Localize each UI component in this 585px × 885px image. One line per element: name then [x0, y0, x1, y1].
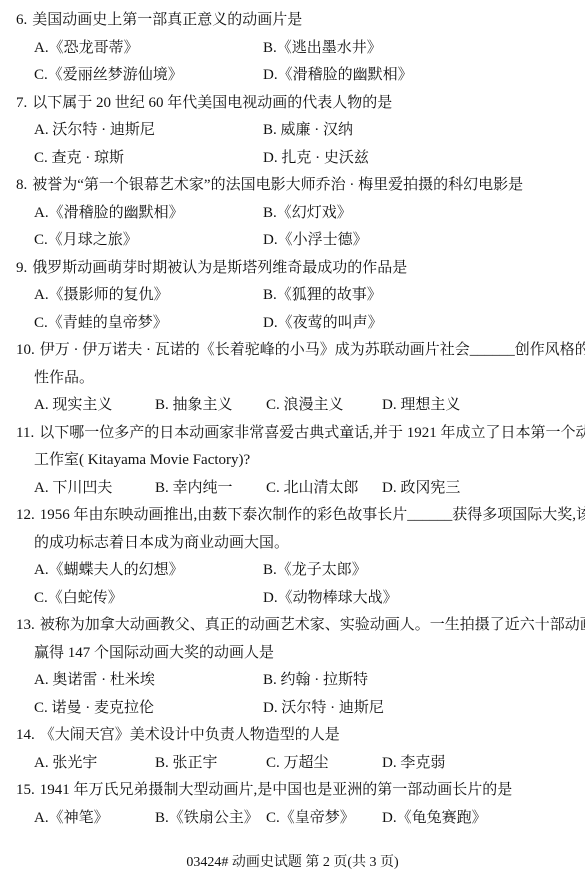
question-9-option-a: A.《摄影师的复仇》 [34, 282, 263, 310]
question-12: 12.1956 年由东映动画推出,由薮下泰次制作的彩色故事长片______获得多… [16, 502, 571, 612]
question-6-option-d: D.《滑稽脸的幽默相》 [263, 62, 571, 90]
question-10-option-a: A. 现实主义 [34, 392, 155, 420]
question-7-option-a: A. 沃尔特 · 迪斯尼 [34, 117, 263, 145]
question-8-number: 8. [16, 172, 27, 200]
question-13-number: 13. [16, 612, 35, 640]
question-14-option-a: A. 张光宇 [34, 750, 155, 778]
question-13-option-d: D. 沃尔特 · 迪斯尼 [263, 695, 571, 723]
question-10-number: 10. [16, 337, 35, 365]
question-13-option-a: A. 奥诺雷 · 杜米埃 [34, 667, 263, 695]
question-7-text: 7.以下属于 20 世纪 60 年代美国电视动画的代表人物的是 [16, 90, 571, 118]
question-15: 15.1941 年万氏兄弟摄制大型动画片,是中国也是亚洲的第一部动画长片的是 A… [16, 777, 571, 832]
question-7-option-b: B. 威廉 · 汉纳 [263, 117, 571, 145]
question-7-option-c: C. 查克 · 琼斯 [34, 145, 263, 173]
question-8-option-b: B.《幻灯戏》 [263, 200, 571, 228]
question-6-number: 6. [16, 7, 27, 35]
question-11-option-a: A. 下川凹夫 [34, 475, 155, 503]
question-9: 9.俄罗斯动画萌芽时期被认为是斯塔列维奇最成功的作品是 A.《摄影师的复仇》 B… [16, 255, 571, 338]
question-9-number: 9. [16, 255, 27, 283]
question-10-line-1: 伊万 · 伊万诺夫 · 瓦诺的《长着驼峰的小马》成为苏联动画片社会______创… [40, 342, 585, 358]
question-11-option-d: D. 政冈宪三 [382, 475, 571, 503]
question-8-option-a: A.《滑稽脸的幽默相》 [34, 200, 263, 228]
question-10: 10.伊万 · 伊万诺夫 · 瓦诺的《长着驼峰的小马》成为苏联动画片社会____… [16, 337, 571, 420]
question-9-option-d: D.《夜莺的叫声》 [263, 310, 571, 338]
question-11-text: 11.以下哪一位多产的日本动画家非常喜爱古典式童话,并于 1921 年成立了日本… [16, 420, 571, 448]
question-10-option-b: B. 抽象主义 [155, 392, 266, 420]
question-12-option-c: C.《白蛇传》 [34, 585, 263, 613]
page-footer: 03424# 动画史试题 第 2 页(共 3 页) [0, 854, 585, 872]
question-15-number: 15. [16, 777, 35, 805]
question-13-line-1: 被称为加拿大动画教父、真正的动画艺术家、实验动画人。一生拍摄了近六十部动画短片, [40, 617, 585, 633]
question-11-line-2: 工作室( Kitayama Movie Factory)? [16, 447, 571, 475]
question-15-line-1: 1941 年万氏兄弟摄制大型动画片,是中国也是亚洲的第一部动画长片的是 [40, 782, 513, 798]
question-8-option-d: D.《小浮士德》 [263, 227, 571, 255]
question-13-line-2: 赢得 147 个国际动画大奖的动画人是 [16, 640, 571, 668]
question-12-line-2: 的成功标志着日本成为商业动画大国。 [16, 530, 571, 558]
question-11-line-1: 以下哪一位多产的日本动画家非常喜爱古典式童话,并于 1921 年成立了日本第一个… [39, 425, 585, 441]
question-14-number: 14. [16, 722, 35, 750]
question-13-option-b: B. 约翰 · 拉斯特 [263, 667, 571, 695]
question-14-option-c: C. 万超尘 [266, 750, 382, 778]
question-6-option-b: B.《逃出墨水井》 [263, 35, 571, 63]
question-14-option-d: D. 李克弱 [382, 750, 571, 778]
question-7-line-1: 以下属于 20 世纪 60 年代美国电视动画的代表人物的是 [32, 95, 392, 111]
question-9-line-1: 俄罗斯动画萌芽时期被认为是斯塔列维奇最成功的作品是 [32, 260, 407, 276]
question-14: 14.《大闹天宫》美术设计中负责人物造型的人是 A. 张光宇 B. 张正宇 C.… [16, 722, 571, 777]
question-14-text: 14.《大闹天宫》美术设计中负责人物造型的人是 [16, 722, 571, 750]
question-11-option-b: B. 幸内纯一 [155, 475, 266, 503]
question-6-option-c: C.《爱丽丝梦游仙境》 [34, 62, 263, 90]
question-12-line-1: 1956 年由东映动画推出,由薮下泰次制作的彩色故事长片______获得多项国际… [40, 507, 585, 523]
question-6-text: 6.美国动画史上第一部真正意义的动画片是 [16, 7, 571, 35]
question-8: 8.被誉为“第一个银幕艺术家”的法国电影大师乔治 · 梅里爱拍摄的科幻电影是 A… [16, 172, 571, 255]
exam-page: 6.美国动画史上第一部真正意义的动画片是 A.《恐龙哥蒂》 B.《逃出墨水井》 … [0, 0, 585, 885]
question-6-line-1: 美国动画史上第一部真正意义的动画片是 [32, 12, 302, 28]
question-14-option-b: B. 张正宇 [155, 750, 266, 778]
question-13-option-c: C. 诺曼 · 麦克拉伦 [34, 695, 263, 723]
question-7: 7.以下属于 20 世纪 60 年代美国电视动画的代表人物的是 A. 沃尔特 ·… [16, 90, 571, 173]
question-15-text: 15.1941 年万氏兄弟摄制大型动画片,是中国也是亚洲的第一部动画长片的是 [16, 777, 571, 805]
question-12-option-d: D.《动物棒球大战》 [263, 585, 571, 613]
question-8-text: 8.被誉为“第一个银幕艺术家”的法国电影大师乔治 · 梅里爱拍摄的科幻电影是 [16, 172, 571, 200]
question-12-number: 12. [16, 502, 35, 530]
question-13: 13.被称为加拿大动画教父、真正的动画艺术家、实验动画人。一生拍摄了近六十部动画… [16, 612, 571, 722]
question-9-option-c: C.《青蛙的皇帝梦》 [34, 310, 263, 338]
question-14-line-1: 《大闹天宫》美术设计中负责人物造型的人是 [40, 727, 340, 743]
question-12-text: 12.1956 年由东映动画推出,由薮下泰次制作的彩色故事长片______获得多… [16, 502, 571, 530]
question-8-option-c: C.《月球之旅》 [34, 227, 263, 255]
question-13-text: 13.被称为加拿大动画教父、真正的动画艺术家、实验动画人。一生拍摄了近六十部动画… [16, 612, 571, 640]
question-7-option-d: D. 扎克 · 史沃兹 [263, 145, 571, 173]
question-9-option-b: B.《狐狸的故事》 [263, 282, 571, 310]
question-12-option-a: A.《蝴蝶夫人的幻想》 [34, 557, 263, 585]
question-10-option-c: C. 浪漫主义 [266, 392, 382, 420]
question-10-text: 10.伊万 · 伊万诺夫 · 瓦诺的《长着驼峰的小马》成为苏联动画片社会____… [16, 337, 571, 365]
question-11-number: 11. [16, 420, 34, 448]
question-15-option-b: B.《铁扇公主》 [155, 805, 266, 833]
question-11-option-c: C. 北山清太郎 [266, 475, 382, 503]
question-15-option-a: A.《神笔》 [34, 805, 155, 833]
question-6-option-a: A.《恐龙哥蒂》 [34, 35, 263, 63]
question-9-text: 9.俄罗斯动画萌芽时期被认为是斯塔列维奇最成功的作品是 [16, 255, 571, 283]
question-11: 11.以下哪一位多产的日本动画家非常喜爱古典式童话,并于 1921 年成立了日本… [16, 420, 571, 503]
question-15-option-d: D.《龟兔赛跑》 [382, 805, 571, 833]
question-10-option-d: D. 理想主义 [382, 392, 571, 420]
question-12-option-b: B.《龙子太郎》 [263, 557, 571, 585]
question-8-line-1: 被誉为“第一个银幕艺术家”的法国电影大师乔治 · 梅里爱拍摄的科幻电影是 [32, 177, 523, 193]
question-6: 6.美国动画史上第一部真正意义的动画片是 A.《恐龙哥蒂》 B.《逃出墨水井》 … [16, 7, 571, 90]
question-7-number: 7. [16, 90, 27, 118]
question-10-line-2: 性作品。 [16, 365, 571, 393]
question-15-option-c: C.《皇帝梦》 [266, 805, 382, 833]
